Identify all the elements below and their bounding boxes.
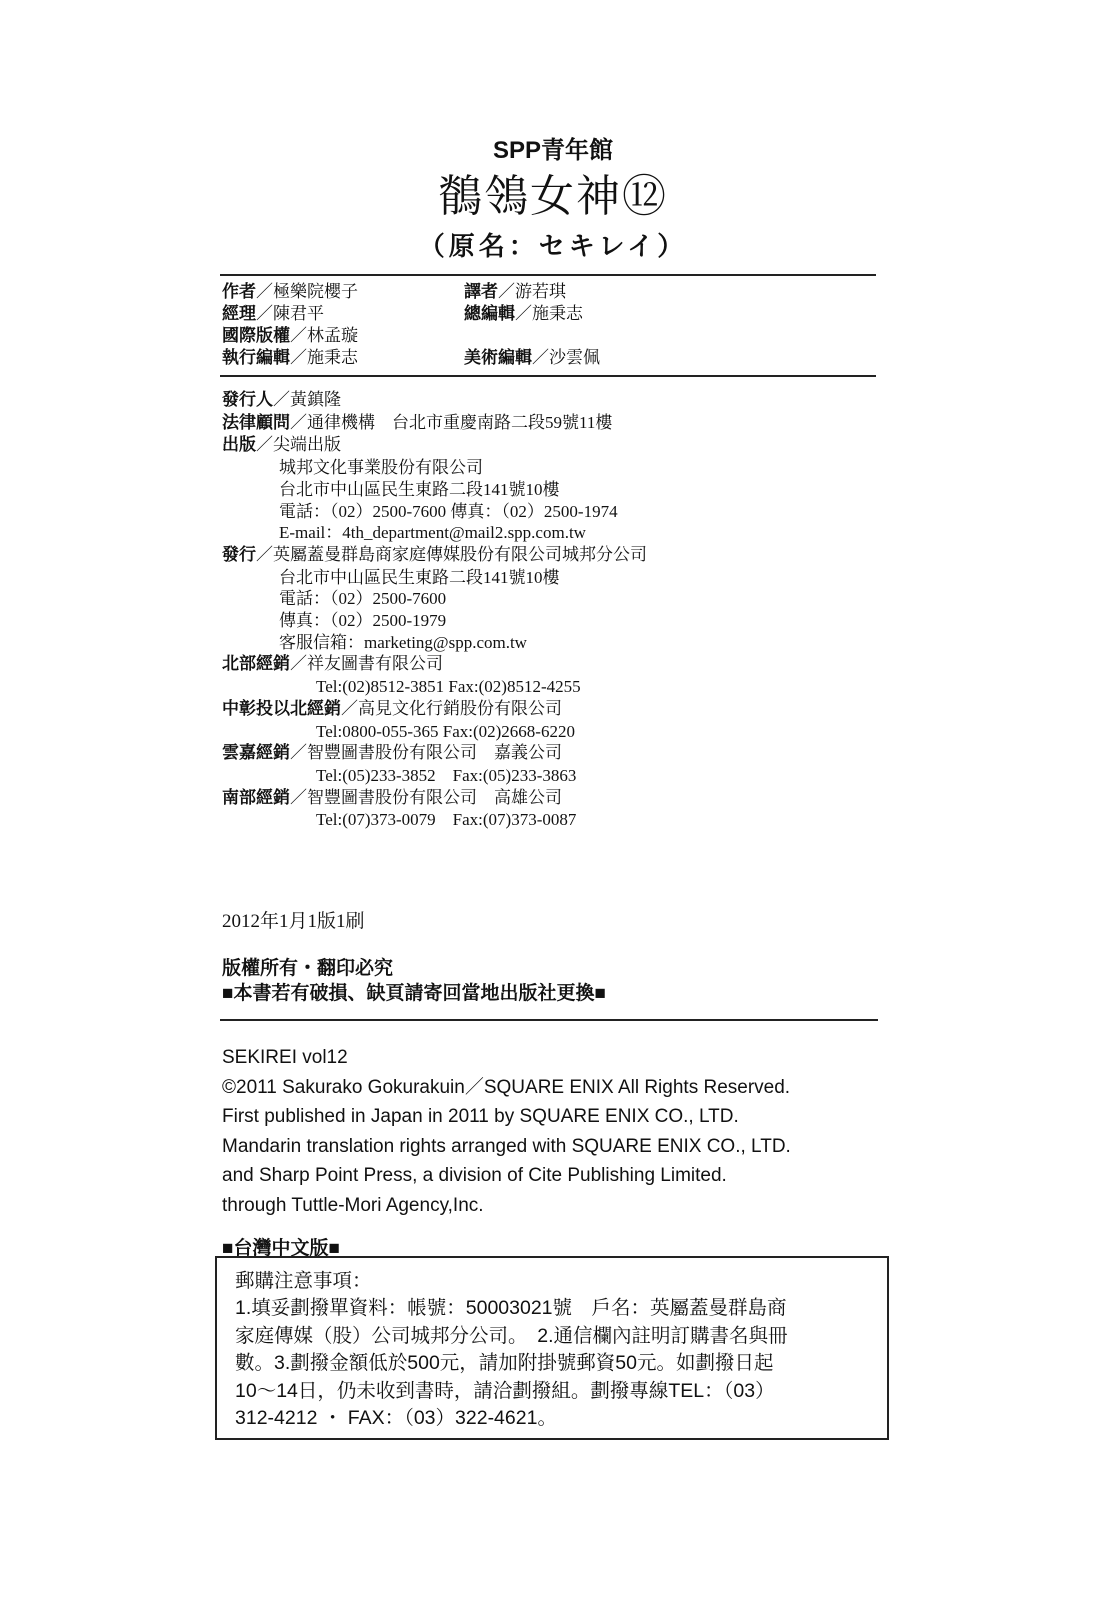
english-line: through Tuttle-Mori Agency,Inc. xyxy=(222,1191,791,1221)
book-title: 鶺鴒女神⑫ xyxy=(0,160,1106,224)
distributor-line: 發行／英屬蓋曼群島商家庭傳媒股份有限公司城邦分公司 xyxy=(222,544,647,567)
credit-exec-editor: 執行編輯／施秉志 xyxy=(222,347,358,369)
edition-info: 2012年1月1版1刷 xyxy=(222,906,365,933)
publisher-line: 出版／尖端出版 xyxy=(222,434,647,457)
regional-south-contact: Tel:(07)373-0079 Fax:(07)373-0087 xyxy=(222,809,647,831)
distributor-phone: 電話：（02）2500-7600 xyxy=(222,588,647,610)
english-line: First published in Japan in 2011 by SQUA… xyxy=(222,1102,791,1132)
credit-translator: 譯者／游若琪 xyxy=(464,281,600,303)
credits-left: 作者／極樂院櫻子 經理／陳君平 國際版權／林孟璇 執行編輯／施秉志 xyxy=(222,281,358,369)
credit-intl-rights: 國際版權／林孟璇 xyxy=(222,325,358,347)
notice-line: 數。3.劃撥金額低於500元，請加附掛號郵資50元。如劃撥日起 xyxy=(235,1350,788,1377)
english-line: and Sharp Point Press, a division of Cit… xyxy=(222,1161,791,1191)
divider xyxy=(220,274,876,276)
rights-line: 版權所有・翻印必究 xyxy=(222,956,606,981)
distributor-address: 台北市中山區民生東路二段141號10樓 xyxy=(222,567,647,589)
notice-line: 家庭傳媒（股）公司城邦分公司。 2.通信欄內註明訂購書名與冊 xyxy=(235,1323,788,1350)
credit-art-editor: 美術編輯／沙雲佩 xyxy=(464,347,600,369)
publishing-info: 發行人／黃鎮隆 法律顧問／通律機構 台北市重慶南路二段59號11樓 出版／尖端出… xyxy=(222,389,647,831)
rights-notice: 版權所有・翻印必究 ■本書若有破損、缺頁請寄回當地出版社更換■ xyxy=(222,956,606,1006)
regional-south: 南部經銷／智豐圖書股份有限公司 高雄公司 xyxy=(222,787,647,810)
issuer-line: 發行人／黃鎮隆 xyxy=(222,389,647,412)
regional-yunchia-contact: Tel:(05)233-3852 Fax:(05)233-3863 xyxy=(222,765,647,787)
damage-notice: ■本書若有破損、缺頁請寄回當地出版社更換■ xyxy=(222,981,606,1006)
regional-yunchia: 雲嘉經銷／智豐圖書股份有限公司 嘉義公司 xyxy=(222,742,647,765)
publisher-phone: 電話：（02）2500-7600 傳真：（02）2500-1974 xyxy=(222,501,647,523)
distributor-email: 客服信箱：marketing@spp.com.tw xyxy=(222,632,647,654)
mail-order-notice: 郵購注意事項： 1.填妥劃撥單資料：帳號：50003021號 戶名：英屬蓋曼群島… xyxy=(235,1268,788,1432)
publisher-email: E-mail：4th_department@mail2.spp.com.tw xyxy=(222,522,647,544)
regional-central-contact: Tel:0800-055-365 Fax:(02)2668-6220 xyxy=(222,721,647,743)
credit-author: 作者／極樂院櫻子 xyxy=(222,281,358,303)
original-title: （原名：セキレイ） xyxy=(0,226,1106,263)
notice-line: 312-4212 ・ FAX：（03）322-4621。 xyxy=(235,1405,788,1432)
divider xyxy=(220,1019,878,1021)
divider xyxy=(220,375,876,377)
legal-line: 法律顧問／通律機構 台北市重慶南路二段59號11樓 xyxy=(222,412,647,435)
credits-right: 譯者／游若琪 總編輯／施秉志 美術編輯／沙雲佩 xyxy=(464,281,600,369)
english-copyright: SEKIREI vol12 ©2011 Sakurako Gokurakuin／… xyxy=(222,1043,791,1221)
mail-order-box: 郵購注意事項： 1.填妥劃撥單資料：帳號：50003021號 戶名：英屬蓋曼群島… xyxy=(215,1256,889,1440)
notice-line: 1.填妥劃撥單資料：帳號：50003021號 戶名：英屬蓋曼群島商 xyxy=(235,1295,788,1322)
regional-north-contact: Tel:(02)8512-3851 Fax:(02)8512-4255 xyxy=(222,676,647,698)
credit-chief-editor: 總編輯／施秉志 xyxy=(464,303,600,325)
regional-central: 中彰投以北經銷／高見文化行銷股份有限公司 xyxy=(222,698,647,721)
colophon-page: SPP青年館 鶺鴒女神⑫ （原名：セキレイ） 作者／極樂院櫻子 經理／陳君平 國… xyxy=(0,0,1106,1600)
publisher-company: 城邦文化事業股份有限公司 xyxy=(222,457,647,479)
regional-north: 北部經銷／祥友圖書有限公司 xyxy=(222,653,647,676)
notice-line: 郵購注意事項： xyxy=(235,1268,788,1295)
publisher-address: 台北市中山區民生東路二段141號10樓 xyxy=(222,479,647,501)
english-line: ©2011 Sakurako Gokurakuin／SQUARE ENIX Al… xyxy=(222,1073,791,1103)
english-line: SEKIREI vol12 xyxy=(222,1043,791,1073)
credit-manager: 經理／陳君平 xyxy=(222,303,358,325)
distributor-fax: 傳真：（02）2500-1979 xyxy=(222,610,647,632)
english-line: Mandarin translation rights arranged wit… xyxy=(222,1132,791,1162)
notice-line: 10～14日，仍未收到書時，請洽劃撥組。劃撥專線TEL：（03） xyxy=(235,1378,788,1405)
